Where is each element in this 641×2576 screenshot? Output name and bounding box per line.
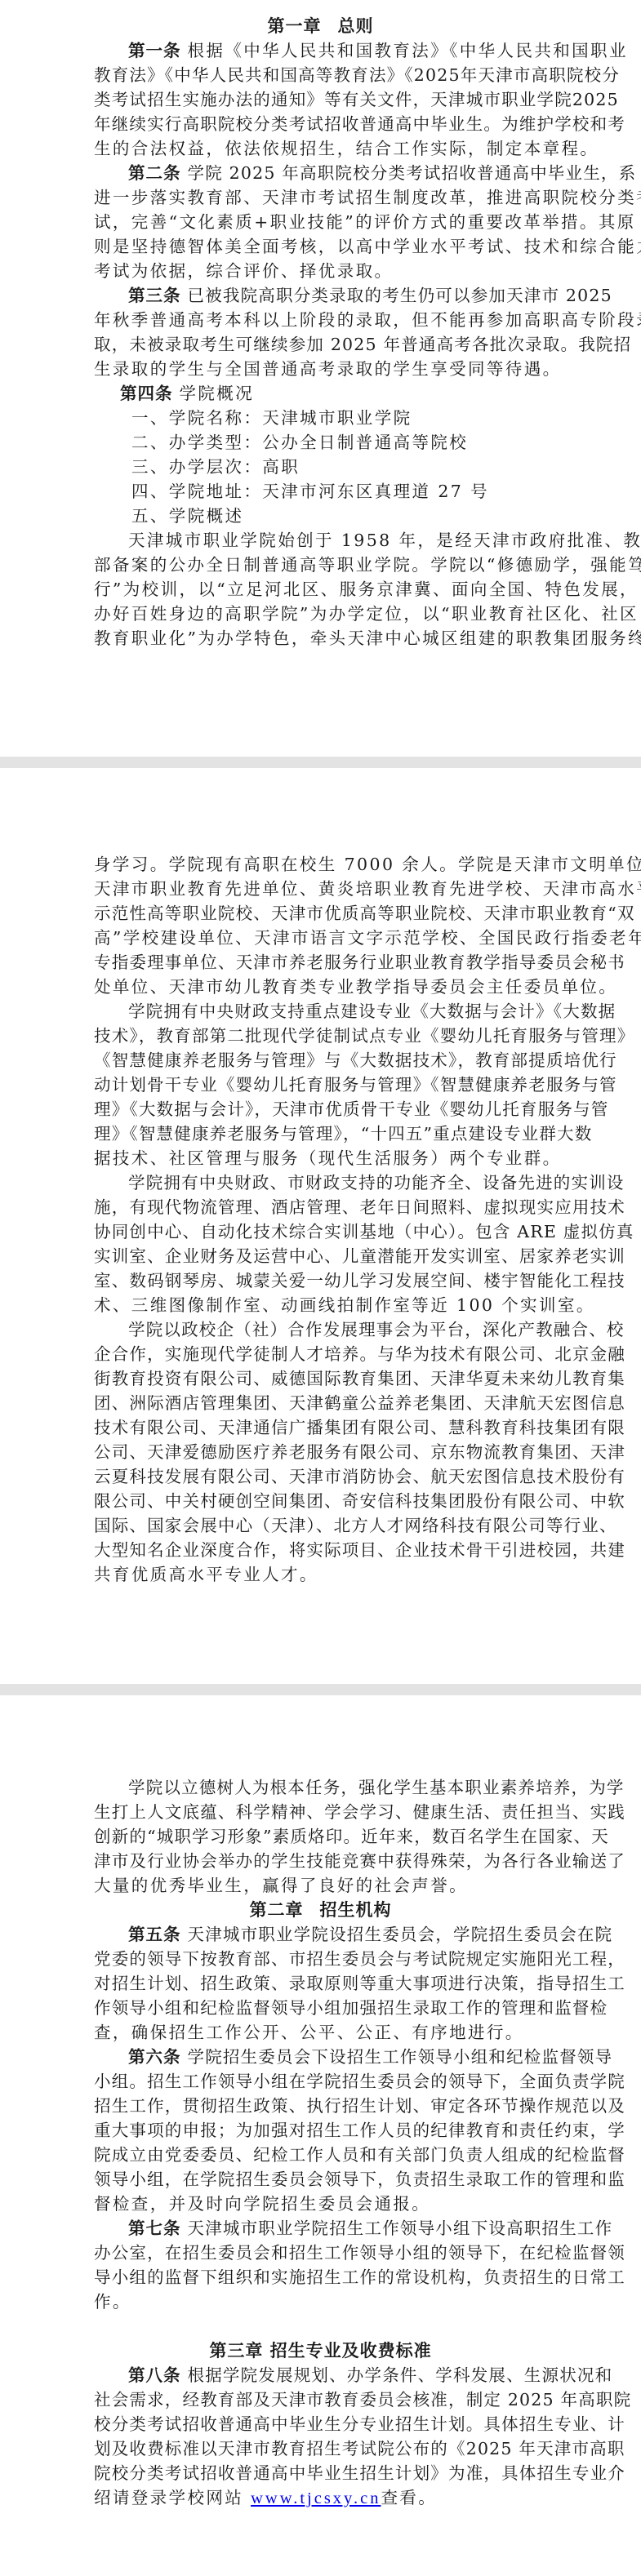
article-7-text: 天津城市职业学院招生工作领导小组下设高职招生工作 [188,2218,613,2238]
paragraph-line: 天津市职业教育先进单位、黄炎培职业教育先进学校、天津市高水平 [94,877,547,901]
college-level-item: 三、办学层次：高职 [94,455,547,479]
paragraph-line: 街教育投资有限公司、威德国际教育集团、天津华夏未来幼儿教育集 [94,1366,547,1391]
document-page-2: 身学习。学院现有高职在校生 7000 余人。学院是天津市文明单位、 天津市职业教… [0,768,641,1684]
article-4-heading: 第四条学院概况 [94,381,547,406]
paragraph-line: 津市及行业协会举办的学生技能竞赛中获得殊荣，为各行各业输送了 [94,1849,547,1873]
document-page-3: 学院以立德树人为根本任务，强化学生基本职业素养培养，为学 生打上人文底蕴、科学精… [0,1695,641,2576]
article-5-line: 作领导小组和纪检监督领导小组加强招生录取工作的管理和监督检 [94,1996,547,2020]
paragraph-line: 室、数码钢琴房、城蒙关爱一幼儿学习发展空间、楼宇智能化工程技 [94,1268,547,1293]
paragraph-line: 施，有现代物流管理、酒店管理、老年日间照料、虚拟现实应用技术 [94,1195,547,1219]
partnership-paragraph: 学院以政校企（社）合作发展理事会为平台，深化产教融合、校 企合作，实施现代学徒制… [94,1317,547,1587]
chapter-1-title: 第一章总则 [94,14,547,38]
paragraph-line: 学院以立德树人为根本任务，强化学生基本职业素养培养，为学 [94,1775,547,1800]
article-7-line: 第七条天津城市职业学院招生工作领导小组下设高职招生工作 [94,2216,547,2241]
chapter-1-name: 总则 [338,16,374,36]
article-3: 第三条已被我院高职分类录取的考生仍可以参加天津市 2025 年秋季普通高考本科以… [94,283,547,381]
article-5-line: 对招生计划、招生政策、录取原则等重大事项进行决策，指导招生工 [94,1971,547,1996]
chapter-2-title: 第二章招生机构 [94,1898,547,1922]
website-suffix-text: 查看。 [381,2488,437,2507]
article-7-line: 作。 [94,2290,547,2314]
article-2-line: 考试为依据，综合评价、择优录取。 [94,259,547,283]
paragraph-line: 国际、国家会展中心（天津）、北方人才网络科技有限公司等行业、 [94,1513,547,1538]
article-8-line: 绍请登录学校网站 www.tjcsxy.cn查看。 [94,2485,547,2510]
article-5-line: 党委的领导下按教育部、市招生委员会与考试院规定实施阳光工程， [94,1947,547,1971]
article-8-line: 划及收费标准以天津市教育招生考试院公布的《2025 年天津市高职 [94,2436,547,2461]
paragraph-line: 理》《智慧健康养老服务与管理》，“十四五”重点建设专业群大数 [94,1121,547,1146]
school-website-link[interactable]: www.tjcsxy.cn [251,2489,381,2507]
paragraph-line: 大型知名企业深度合作，将实际项目、企业技术骨干引进校园，共建 [94,1538,547,1562]
article-1-text: 根据《中华人民共和国教育法》《中华人民共和国职业 [188,41,628,60]
moral-education-paragraph: 学院以立德树人为根本任务，强化学生基本职业素养培养，为学 生打上人文底蕴、科学精… [94,1775,547,1898]
article-1-line: 生的合法权益，依法依规招生，结合工作实际，制定本章程。 [94,136,547,161]
article-3-text: 已被我院高职分类录取的考生仍可以参加天津市 2025 [188,286,612,305]
article-5-text: 天津城市职业学院设招生委员会，学院招生委员会在院 [188,1925,613,1944]
paragraph-line: 学院拥有中央财政支持重点建设专业《大数据与会计》《大数据 [94,999,547,1024]
article-2-label: 第二条 [128,163,181,183]
article-1-line: 类考试招生实施办法的通知》等有关文件，天津城市职业学院2025 [94,87,547,112]
article-4-label: 第四条 [120,384,173,403]
article-3-line: 年秋季普通高考本科以上阶段的录取，但不能再参加高职高专阶段录 [94,308,547,332]
article-4-title: 学院概况 [180,384,255,403]
article-7: 第七条天津城市职业学院招生工作领导小组下设高职招生工作 办公室，在招生委员会和招… [94,2216,547,2314]
paragraph-line: 生打上人文底蕴、科学精神、学会学习、健康生活、责任担当、实践 [94,1800,547,1824]
paragraph-line: 协同创中心、自动化技术综合实训基地（中心）。包含 ARE 虚拟仿真 [94,1219,547,1244]
article-5: 第五条天津城市职业学院设招生委员会，学院招生委员会在院 党委的领导下按教育部、市… [94,1922,547,2045]
article-2-line: 则是坚持德智体美全面考核，以高中学业水平考试、技术和综合能力 [94,234,547,259]
article-3-line: 第三条已被我院高职分类录取的考生仍可以参加天津市 2025 [94,283,547,308]
college-overview-item: 五、学院概述 [94,504,547,528]
college-name-item: 一、学院名称：天津城市职业学院 [94,406,547,430]
paragraph-line: 据技术、社区管理与服务（现代生活服务）两个专业群。 [94,1146,547,1170]
overview-line: 教育职业化”为办学特色，牵头天津中心城区组建的职教集团服务终 [94,626,547,651]
paragraph-line: 《智慧健康养老服务与管理》与《大数据技术》，教育部提质培优行 [94,1048,547,1073]
article-7-label: 第七条 [128,2218,181,2238]
page-separator [0,757,641,768]
website-prefix-text: 绍请登录学校网站 [94,2488,251,2507]
article-2-line: 第二条学院 2025 年高职院校分类考试招收普通高中毕业生，系 [94,161,547,185]
article-8-line: 社会需求，经教育部及天津市教育委员会核准，制定 2025 年高职院 [94,2387,547,2412]
paragraph-line: 限公司、中关村硬创空间集团、奇安信科技集团股份有限公司、中软 [94,1489,547,1513]
paragraph-line: 企合作，实施现代学徒制人才培养。与华为技术有限公司、北京金融 [94,1342,547,1366]
article-5-label: 第五条 [128,1925,181,1944]
paragraph-line: 身学习。学院现有高职在校生 7000 余人。学院是天津市文明单位、 [94,852,547,877]
article-6-line: 领导小组，在学院招生委员会领导下，负责招生录取工作的管理和监 [94,2167,547,2192]
article-2-line: 进一步落实教育部、天津市考试招生制度改革，推进高职院校分类考 [94,185,547,210]
article-6-line: 重大事项的申报；为加强对招生工作人员的纪律教育和责任约束，学 [94,2118,547,2143]
article-1-line: 年继续实行高职院校分类考试招收普通高中毕业生。为维护学校和考 [94,112,547,136]
college-type-item: 二、办学类型：公办全日制普通高等院校 [94,430,547,455]
paragraph-line: 处单位、天津市幼儿教育类专业教学指导委员会主任委员单位。 [94,975,547,999]
article-3-line: 生录取的学生与全国普通高考录取的学生享受同等待遇。 [94,357,547,381]
overview-line: 部备案的公办全日制普通高等职业学院。学院以“修德励学，强能笃 [94,553,547,577]
article-1: 第一条根据《中华人民共和国教育法》《中华人民共和国职业 教育法》《中华人民共和国… [94,38,547,161]
paragraph-line: 术、三维图像制作室、动画线拍制作室等近 100 个实训室。 [94,1293,547,1317]
overview-line: 天津城市职业学院始创于 1958 年，是经天津市政府批准、教育 [94,528,547,553]
majors-paragraph: 学院拥有中央财政支持重点建设专业《大数据与会计》《大数据 技术》，教育部第二批现… [94,999,547,1170]
chapter-3-title: 第三章 招生专业及收费标准 [94,2338,547,2363]
paragraph-line: 学院以政校企（社）合作发展理事会为平台，深化产教融合、校 [94,1317,547,1342]
article-6-line: 招生工作，贯彻招生政策、执行招生计划、审定各环节操作规范以及 [94,2094,547,2118]
paragraph-line: 大量的优秀毕业生，赢得了良好的社会声誉。 [94,1873,547,1898]
article-5-line: 第五条天津城市职业学院设招生委员会，学院招生委员会在院 [94,1922,547,1947]
document-page-1: 第一章总则 第一条根据《中华人民共和国教育法》《中华人民共和国职业 教育法》《中… [0,0,641,757]
paragraph-line: 技术》，教育部第二批现代学徒制试点专业《婴幼儿托育服务与管理》 [94,1024,547,1048]
chapter-2-number: 第二章 [250,1900,304,1920]
paragraph-line: 云夏科技发展有限公司、天津市消防协会、航天宏图信息技术股份有 [94,1464,547,1489]
paragraph-line: 创新的“城职学习形象”素质烙印。近年来，数百名学生在国家、天 [94,1824,547,1849]
chapter-1-number: 第一章 [268,16,322,36]
article-2: 第二条学院 2025 年高职院校分类考试招收普通高中毕业生，系 进一步落实教育部… [94,161,547,283]
paragraph-line: 共育优质高水平专业人才。 [94,1562,547,1587]
article-6-line: 小组。招生工作领导小组在学院招生委员会的领导下，全面负责学院 [94,2069,547,2094]
overview-continued: 身学习。学院现有高职在校生 7000 余人。学院是天津市文明单位、 天津市职业教… [94,852,547,999]
article-6-label: 第六条 [128,2047,181,2067]
article-5-line: 查，确保招生工作公开、公平、公正、有序地进行。 [94,2020,547,2045]
article-1-line: 教育法》《中华人民共和国高等教育法》《2025年天津市高职院校分 [94,63,547,87]
article-3-label: 第三条 [128,286,181,305]
article-4: 第四条学院概况 一、学院名称：天津城市职业学院 二、办学类型：公办全日制普通高等… [94,381,547,651]
paragraph-line: 高”学校建设单位、天津市语言文字示范学校、全国民政行指委老年 [94,926,547,950]
article-8-line: 院校分类考试招收普通高中毕业生招生计划》为准，具体招生专业介 [94,2461,547,2485]
article-3-line: 取，未被录取考生可继续参加 2025 年普通高考各批次录取。我院招 [94,332,547,357]
paragraph-line: 实训室、企业财务及运营中心、儿童潜能开发实训室、居家养老实训 [94,1244,547,1268]
article-6-line: 院成立由党委委员、纪检工作人员和有关部门负责人组成的纪检监督 [94,2143,547,2167]
article-6: 第六条学院招生委员会下设招生工作领导小组和纪检监督领导 小组。招生工作领导小组在… [94,2045,547,2216]
article-2-text: 学院 2025 年高职院校分类考试招收普通高中毕业生，系 [188,163,637,183]
article-7-line: 导小组的监督下组织和实施招生工作的常设机构，负责招生的日常工 [94,2265,547,2290]
article-1-label: 第一条 [128,41,181,60]
overview-line: 行”为校训，以“立足河北区、服务京津冀、面向全国、特色发展， [94,577,547,602]
paragraph-line: 理》《大数据与会计》，天津市优质骨干专业《婴幼儿托育服务与管 [94,1097,547,1121]
article-8: 第八条根据学院发展规划、办学条件、学科发展、生源状况和 社会需求，经教育部及天津… [94,2363,547,2510]
article-6-line: 第六条学院招生委员会下设招生工作领导小组和纪检监督领导 [94,2045,547,2069]
article-8-text: 根据学院发展规划、办学条件、学科发展、生源状况和 [188,2365,613,2385]
page-separator [0,1684,641,1695]
paragraph-line: 示范性高等职业院校、天津市优质高等职业院校、天津市职业教育“双 [94,901,547,926]
paragraph-line: 动计划骨干专业《婴幼儿托育服务与管理》《智慧健康养老服务与管 [94,1073,547,1097]
overview-line: 办好百姓身边的高职学院”为办学定位，以“职业教育社区化、社区 [94,602,547,626]
paragraph-line: 公司、天津爱德励医疗养老服务有限公司、京东物流教育集团、天津 [94,1440,547,1464]
article-6-line: 督检查，并及时向学院招生委员会通报。 [94,2192,547,2216]
paragraph-line: 团、洲际酒店管理集团、天津鹤童公益养老集团、天津航天宏图信息 [94,1391,547,1415]
article-7-line: 办公室，在招生委员会和招生工作领导小组的领导下，在纪检监督领 [94,2241,547,2265]
college-address-item: 四、学院地址：天津市河东区真理道 27 号 [94,479,547,504]
article-8-line: 校分类考试招收普通高中毕业生分专业招生计划。具体招生专业、计 [94,2412,547,2436]
paragraph-line: 专指委理事单位、天津市养老服务行业职业教育教学指导委员会秘书 [94,950,547,975]
paragraph-line: 技术有限公司、天津通信广播集团有限公司、慧科教育科技集团有限 [94,1415,547,1440]
article-1-line: 第一条根据《中华人民共和国教育法》《中华人民共和国职业 [94,38,547,63]
article-2-line: 试，完善“文化素质+职业技能”的评价方式的重要改革举措。其原 [94,210,547,234]
article-8-line: 第八条根据学院发展规划、办学条件、学科发展、生源状况和 [94,2363,547,2387]
chapter-2-name: 招生机构 [320,1900,392,1920]
article-6-text: 学院招生委员会下设招生工作领导小组和纪检监督领导 [188,2047,613,2067]
article-8-label: 第八条 [128,2365,181,2385]
facilities-paragraph: 学院拥有中央财政、市财政支持的功能齐全、设备先进的实训设 施，有现代物流管理、酒… [94,1170,547,1317]
paragraph-line: 学院拥有中央财政、市财政支持的功能齐全、设备先进的实训设 [94,1170,547,1195]
